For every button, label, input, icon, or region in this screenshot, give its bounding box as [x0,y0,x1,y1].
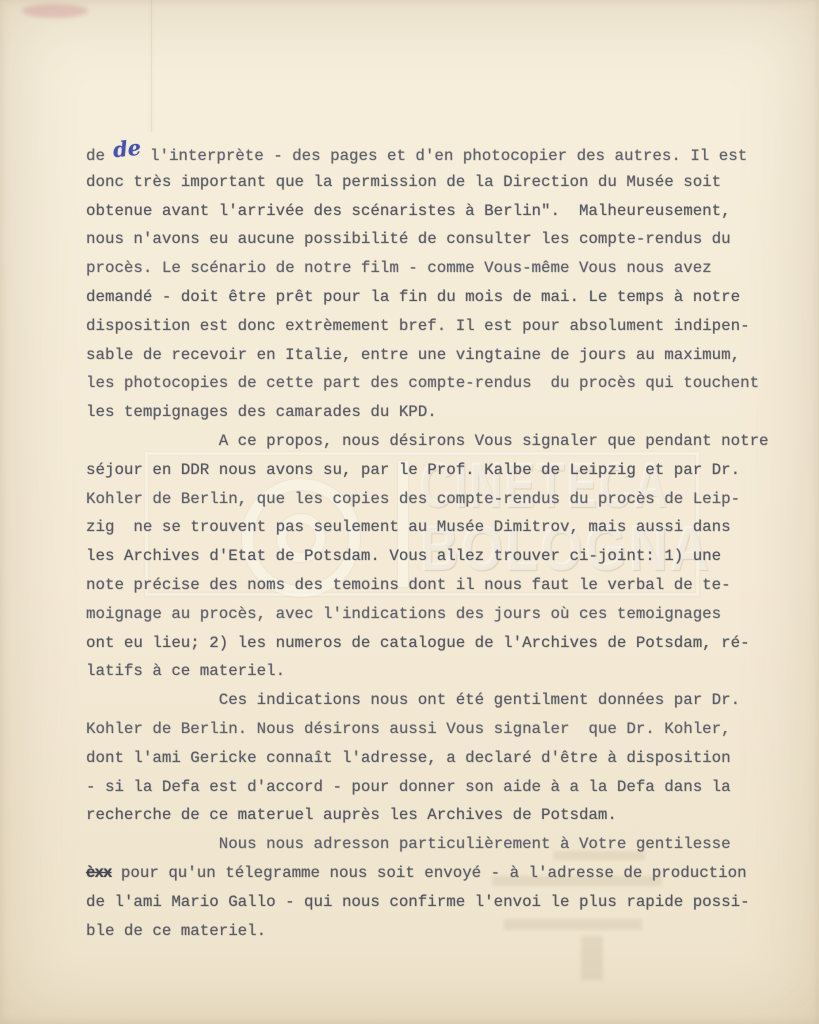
typed-word: de [86,147,114,165]
typed-line: procès. Le scénario de notre film - comm… [86,254,786,283]
handwritten-correction: de [112,134,143,166]
typed-text-block: de de l'interprète - des pages et d'en p… [86,139,786,945]
typed-line: Ces indications nous ont été gentilment … [86,686,786,715]
typed-line: obtenue avant l'arrivée des scénaristes … [86,197,786,226]
scanned-letter-page: CINETECA BOLOGNA de de l'interprète - de… [0,0,819,1024]
typed-line: latifs à ce materiel. [86,657,786,686]
typed-line: les Archives d'Etat de Potsdam. Vous all… [86,542,786,571]
typed-line: séjour en DDR nous avons su, par le Prof… [86,456,786,485]
typed-line: Kohler de Berlin. Nous désirons aussi Vo… [86,715,786,744]
pink-smudge [22,4,88,18]
typed-line: donc très important que la permission de… [86,168,786,197]
bleed-through-mark [504,919,642,930]
typed-line-rest: l'interprète - des pages et d'en photoco… [141,147,748,165]
typed-line: de de l'interprète - des pages et d'en p… [86,139,786,168]
paper-crease [151,0,152,132]
typed-line: ont eu lieu; 2) les numeros de catalogue… [86,629,786,658]
typed-line: zig ne se trouvent pas seulement au Musé… [86,513,786,542]
typed-line: note précise des noms des temoins dont i… [86,571,786,600]
typed-line: sable de recevoir en Italie, entre une v… [86,341,786,370]
typed-line: Nous nous adresson particulièrement à Vo… [86,830,786,859]
typed-line: les tempignages des camarades du KPD. [86,398,786,427]
typed-line: de l'ami Mario Gallo - qui nous confirme… [86,888,786,917]
bleed-through-mark [492,876,662,886]
bleed-through-mark [553,851,645,860]
typed-line: recherche de ce materuel auprès les Arch… [86,801,786,830]
struck-out-word: èxx [86,864,111,882]
typed-line: Kohler de Berlin, que les copies des com… [86,485,786,514]
typed-line: èxx pour qu'un télegramme nous soit envo… [86,859,786,888]
typed-line: les photocopies de cette part des compte… [86,369,786,398]
typed-line: ble de ce materiel. [86,917,786,946]
typed-line: nous n'avons eu aucune possibilité de co… [86,225,786,254]
bleed-through-mark [581,936,603,980]
typed-line: demandé - doit être prêt pour la fin du … [86,283,786,312]
typed-line: A ce propos, nous désirons Vous signaler… [86,427,786,456]
typed-line: disposition est donc extrèmement bref. I… [86,312,786,341]
typed-line: - si la Defa est d'accord - pour donner … [86,773,786,802]
typed-line: dont l'ami Gericke connaît l'adresse, a … [86,744,786,773]
typed-line: moignage au procès, avec l'indications d… [86,600,786,629]
